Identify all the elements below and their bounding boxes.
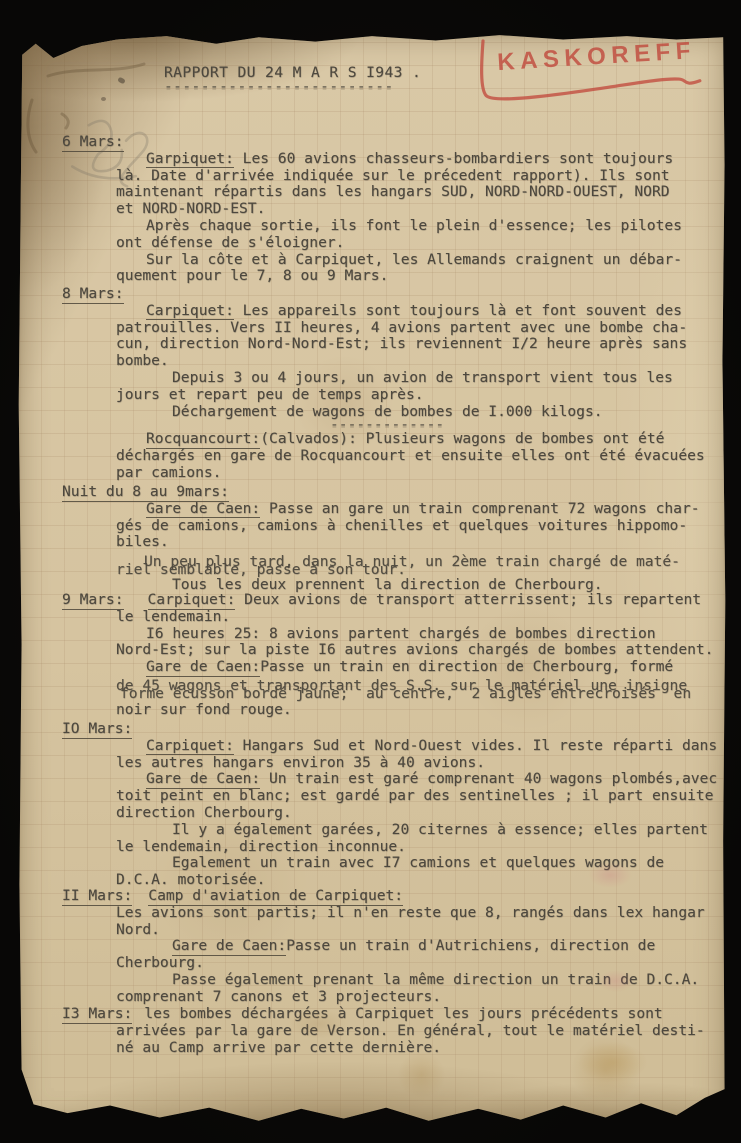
- paragraph-lead: Carpiquet:: [146, 302, 234, 321]
- paragraph: Depuis 3 ou 4 jours, un avion de transpo…: [116, 370, 738, 404]
- paragraph-text: Après chaque sortie, ils font le plein d…: [116, 217, 682, 251]
- paragraph-lead: Gare de Caen:: [146, 770, 260, 789]
- scan-background: RAPPORT DU 24 M A R S I943 . -----------…: [0, 0, 741, 1143]
- paragraph: Garpiquet: Les 60 avions chasseurs-bomba…: [116, 151, 738, 218]
- report-header: RAPPORT DU 24 M A R S I943 . -----------…: [164, 64, 421, 92]
- section-13-mars: I3 Mars:les bombes déchargées à Carpique…: [116, 1006, 738, 1056]
- paragraph-text: Les avions sont partis; il n'en reste qu…: [116, 904, 705, 938]
- paragraph: Egalement un train avec I7 camions et qu…: [116, 855, 738, 889]
- section-9-mars: 9 Mars:Carpiquet: Deux avions de transpo…: [116, 592, 738, 719]
- paragraph-lead: Gare de Caen:: [146, 658, 260, 677]
- paragraph-text: Passe un train en direction de Cherbourg…: [260, 658, 673, 675]
- section-rocquancourt: Rocquancourt:(Calvados): Plusieurs wagon…: [116, 431, 738, 481]
- paragraph-lead: Rocquancourt:: [146, 430, 260, 449]
- paragraph: II Mars:Camp d'aviation de Carpiquet: Le…: [116, 888, 738, 938]
- section-heading: Nuit du 8 au 9mars:: [62, 484, 738, 501]
- paragraph: I6 heures 25: 8 avions partent chargés d…: [116, 626, 738, 660]
- paragraph: Gare de Caen: Passe an gare un train com…: [116, 501, 738, 551]
- overtyped-lines: de 45 wagons et transportant des S.S. su…: [116, 676, 738, 702]
- paragraph-lead: Carpiquet:: [148, 591, 236, 610]
- paragraph: Il y a également garées, 20 citernes à e…: [116, 822, 738, 856]
- paragraph: Carpiquet: Les appareils sont toujours l…: [116, 303, 738, 370]
- document-page: RAPPORT DU 24 M A R S I943 . -----------…: [18, 34, 726, 1124]
- overtyped-lines: Un peu plus tard, dans la nuit, un 2ème …: [116, 551, 738, 577]
- section-11-mars: II Mars:Camp d'aviation de Carpiquet: Le…: [116, 888, 738, 1006]
- pink-smudge: [588, 862, 632, 888]
- paragraph: Gare de Caen: Un train est garé comprena…: [116, 771, 738, 821]
- paper-stain: [578, 1042, 648, 1082]
- section-heading: I3 Mars:: [62, 1005, 132, 1024]
- pink-smudge: [598, 970, 634, 992]
- paragraph-lead: Gare de Caen:: [172, 937, 286, 956]
- overtyped-line-b: riel semblable, passe à son tour.: [116, 561, 406, 578]
- paragraph: I3 Mars:les bombes déchargées à Carpique…: [116, 1006, 738, 1056]
- ink-speck: [101, 97, 106, 101]
- paragraph-text: Egalement un train avec I7 camions et qu…: [116, 854, 664, 888]
- paragraph-lead: Garpiquet:: [146, 150, 234, 169]
- kaskoreff-stamp: KASKOREFF: [472, 26, 724, 114]
- paragraph: Sur la côte et à Carpiquet, les Allemand…: [116, 252, 738, 286]
- paragraph-text: Il y a également garées, 20 citernes à e…: [116, 821, 708, 855]
- paragraph: Gare de Caen:Passe un train en direction…: [116, 659, 738, 719]
- section-heading: 6 Mars:: [62, 134, 738, 151]
- paragraph-text: Depuis 3 ou 4 jours, un avion de transpo…: [116, 369, 673, 403]
- section-6-mars: 6 Mars: Garpiquet: Les 60 avions chasseu…: [116, 134, 738, 285]
- stamp-text: KASKOREFF: [497, 37, 697, 76]
- paper-stain: [288, 1009, 348, 1039]
- paragraph: Passe également prenant la même directio…: [116, 972, 738, 1006]
- overtyped-line-b: forme écusson bordé jaune; au centre, 2 …: [120, 685, 691, 702]
- paragraph-text: Sur la côte et à Carpiquet, les Allemand…: [116, 251, 682, 285]
- paragraph-lead: Carpiquet:: [146, 737, 234, 756]
- section-heading: IO Mars:: [62, 721, 738, 738]
- paragraph-text: noir sur fond rouge.: [116, 702, 738, 719]
- section-8-mars: 8 Mars: Carpiquet: Les appareils sont to…: [116, 286, 738, 420]
- section-heading: 8 Mars:: [62, 286, 738, 303]
- section-10-mars: IO Mars: Carpiquet: Hangars Sud et Nord-…: [116, 721, 738, 889]
- title-underline: -------------------------: [164, 82, 421, 92]
- paragraph-lead: Gare de Caen:: [146, 500, 260, 519]
- paragraph: Rocquancourt:(Calvados): Plusieurs wagon…: [116, 431, 738, 481]
- paragraph-lead: Camp d'aviation de Carpiquet:: [148, 887, 403, 906]
- paragraph: Gare de Caen:Passe un train d'Autrichien…: [116, 938, 738, 972]
- section-heading: II Mars:: [62, 887, 132, 906]
- paragraph: Après chaque sortie, ils font le plein d…: [116, 218, 738, 252]
- paragraph: Carpiquet: Hangars Sud et Nord-Ouest vid…: [116, 738, 738, 772]
- paragraph: 9 Mars:Carpiquet: Deux avions de transpo…: [116, 592, 738, 626]
- paragraph-text: I6 heures 25: 8 avions partent chargés d…: [116, 625, 713, 659]
- section-nuit-8-9-mars: Nuit du 8 au 9mars: Gare de Caen: Passe …: [116, 484, 738, 594]
- section-heading: 9 Mars:: [62, 591, 124, 610]
